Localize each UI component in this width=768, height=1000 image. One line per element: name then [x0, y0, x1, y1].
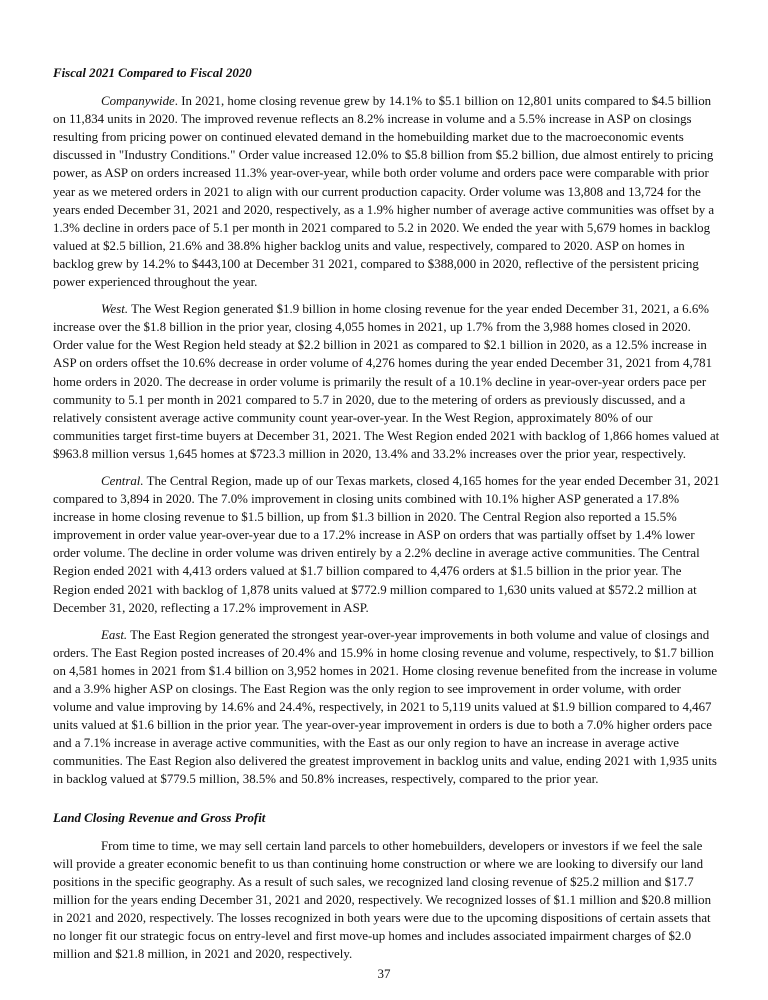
page-number: 37 [0, 966, 768, 982]
paragraph-body: The West Region generated $1.9 billion i… [53, 302, 719, 461]
paragraph-lead-central: Central. [101, 474, 144, 488]
paragraph-west: West. The West Region generated $1.9 bil… [53, 300, 721, 463]
paragraph-central: Central. The Central Region, made up of … [53, 472, 721, 617]
section-spacer [53, 798, 721, 809]
paragraph-lead-west: West. [101, 302, 128, 316]
paragraph-lead-east: East. [101, 628, 127, 642]
paragraph-body: The East Region generated the strongest … [53, 628, 717, 787]
paragraph-lead-companywide: Companywide [101, 94, 175, 108]
paragraph-east: East. The East Region generated the stro… [53, 626, 721, 789]
paragraph-companywide: Companywide. In 2021, home closing reven… [53, 92, 721, 291]
paragraph-body: . In 2021, home closing revenue grew by … [53, 94, 714, 289]
paragraph-land-closing: From time to time, we may sell certain l… [53, 837, 721, 964]
section-heading-land-closing: Land Closing Revenue and Gross Profit [53, 809, 721, 827]
section-heading-fiscal-2021: Fiscal 2021 Compared to Fiscal 2020 [53, 64, 721, 82]
document-page: Fiscal 2021 Compared to Fiscal 2020 Comp… [53, 64, 721, 972]
paragraph-body: The Central Region, made up of our Texas… [53, 474, 720, 615]
